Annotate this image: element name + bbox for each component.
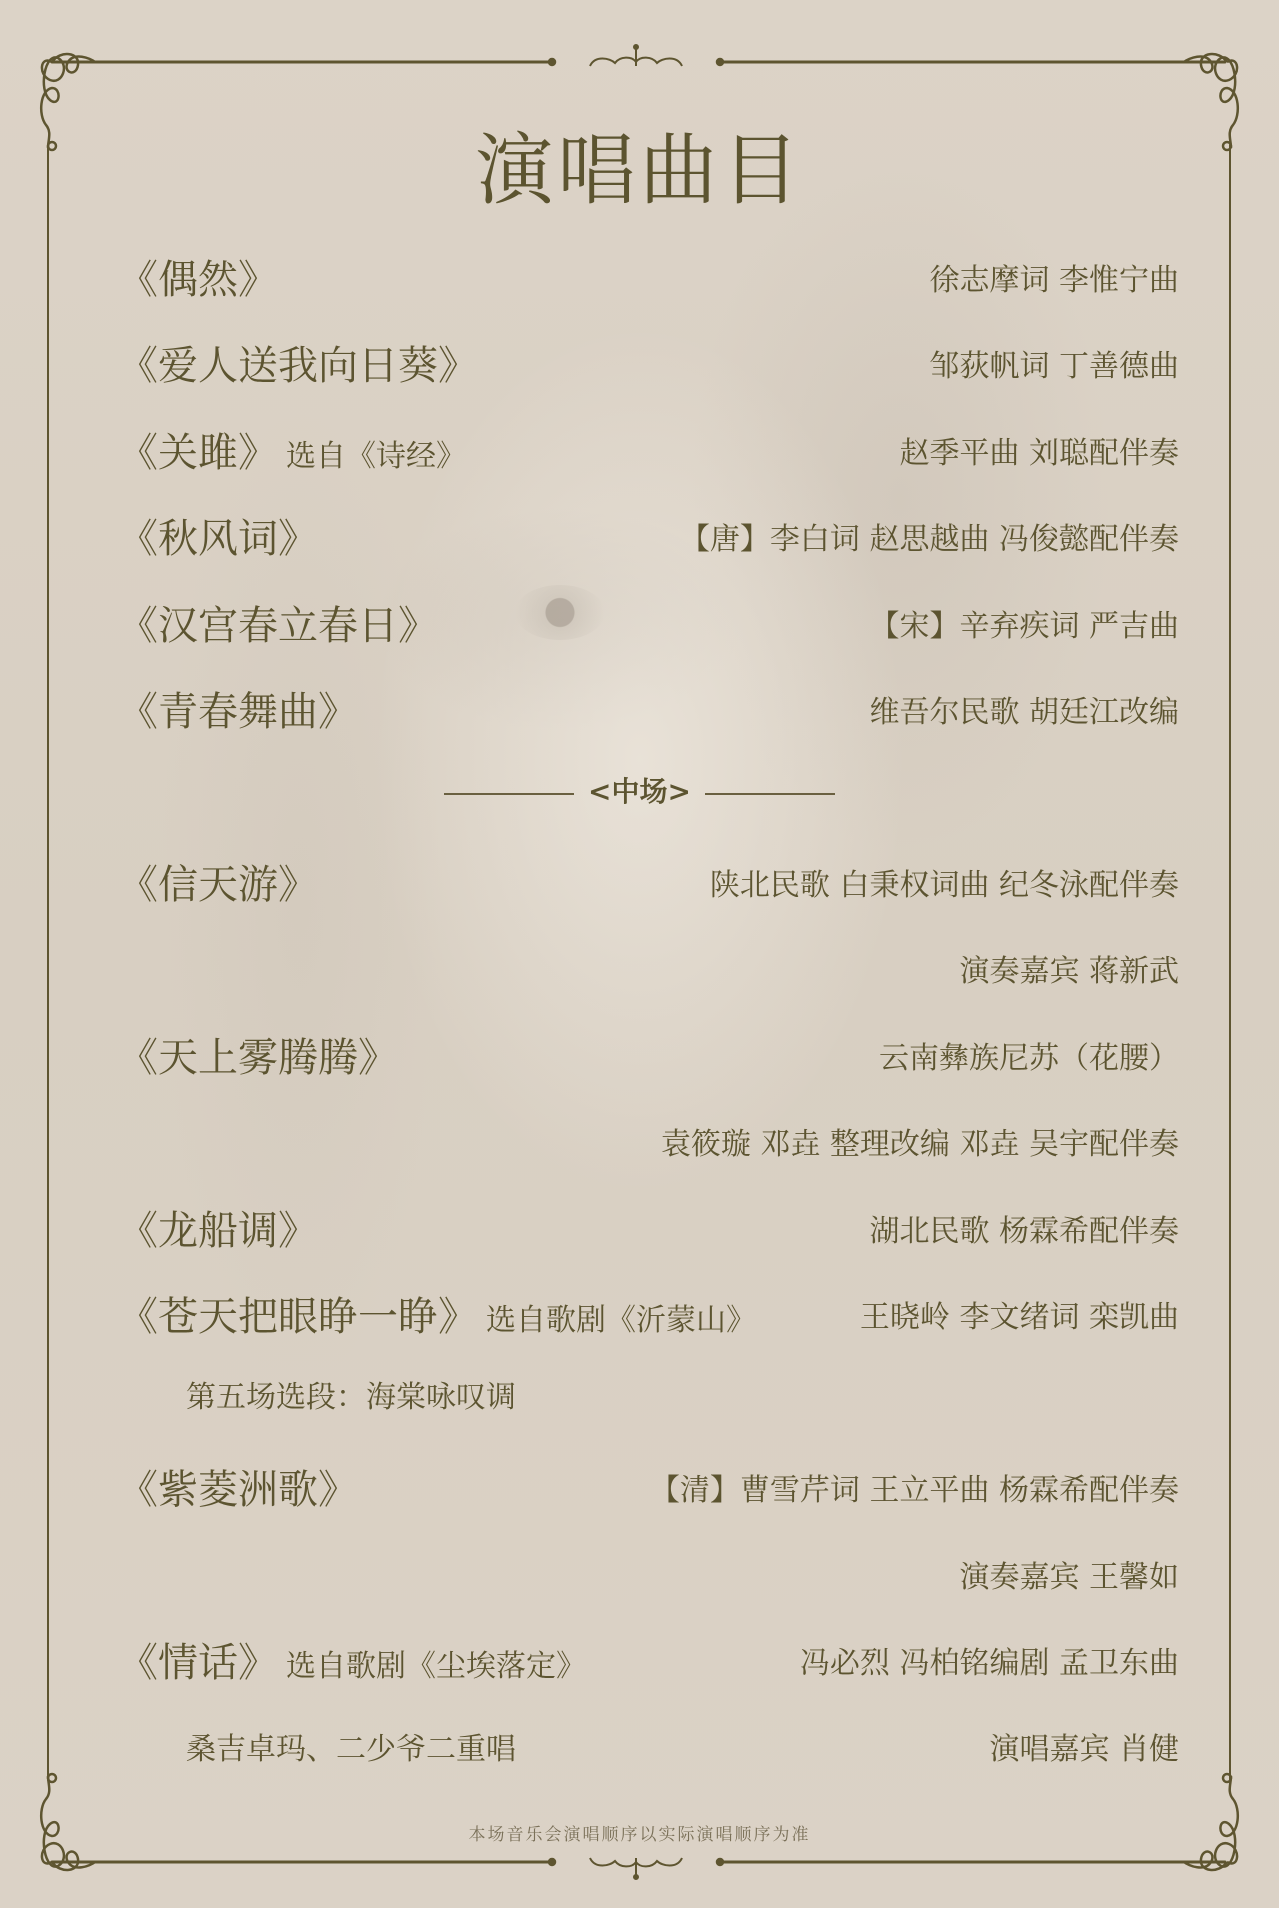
song-credit: 【宋】辛弃疾词 严吉曲 xyxy=(869,607,1179,647)
song-credit: 【清】曹雪芹词 王立平曲 杨霖希配伴奏 xyxy=(650,1471,1179,1511)
song-title: 《情话》选自歌剧《尘埃落定》 xyxy=(118,1638,586,1692)
song-title: 《紫菱洲歌》 xyxy=(118,1465,366,1519)
song-title: 《青春舞曲》 xyxy=(118,687,366,741)
center-ornament-bottom xyxy=(590,1858,682,1879)
program-subline: 演奏嘉宾 王馨如 xyxy=(118,1552,1179,1602)
program-item: 《秋风词》 【唐】李白词 赵思越曲 冯俊懿配伴奏 xyxy=(118,514,1179,564)
song-credit: 云南彝族尼苏（花腰） xyxy=(879,1039,1179,1079)
performer-credit: 演奏嘉宾 蒋新武 xyxy=(959,952,1179,992)
song-credit: 王晓岭 李文绪词 栾凯曲 xyxy=(860,1298,1179,1338)
song-title: 《龙船调》 xyxy=(118,1206,326,1260)
divider-line-left xyxy=(444,793,574,795)
song-credit: 赵季平曲 刘聪配伴奏 xyxy=(899,434,1179,474)
program-item: 《爱人送我向日葵》 邹荻帆词 丁善德曲 xyxy=(118,341,1179,391)
intermission-divider: <中场> xyxy=(0,770,1279,810)
song-credit: 冯必烈 冯柏铭编剧 孟卫东曲 xyxy=(800,1644,1179,1684)
guest-singer-credit: 演唱嘉宾 肖健 xyxy=(989,1730,1179,1770)
program-item: 《汉宫春立春日》 【宋】辛弃疾词 严吉曲 xyxy=(118,601,1179,651)
program-item: 《偶然》 徐志摩词 李惟宁曲 xyxy=(118,255,1179,305)
song-credit: 湖北民歌 杨霖希配伴奏 xyxy=(869,1212,1179,1252)
song-title: 《信天游》 xyxy=(118,860,326,914)
song-credit: 邹荻帆词 丁善德曲 xyxy=(929,347,1179,387)
program-item: 《关雎》选自《诗经》 赵季平曲 刘聪配伴奏 xyxy=(118,428,1179,478)
program-item: 《苍天把眼睁一睁》选自歌剧《沂蒙山》 王晓岭 李文绪词 栾凯曲 xyxy=(118,1292,1179,1342)
song-credit: 【唐】李白词 赵思越曲 冯俊懿配伴奏 xyxy=(680,520,1179,560)
program-subline: 第五场选段：海棠咏叹调 xyxy=(118,1372,1179,1422)
song-title: 《苍天把眼睁一睁》选自歌剧《沂蒙山》 xyxy=(118,1292,756,1346)
song-credit: 陕北民歌 白秉权词曲 纪冬泳配伴奏 xyxy=(710,866,1179,906)
song-title: 《汉宫春立春日》 xyxy=(118,601,446,655)
performer-credit: 演奏嘉宾 王馨如 xyxy=(959,1558,1179,1598)
program-item: 《青春舞曲》 维吾尔民歌 胡廷江改编 xyxy=(118,687,1179,737)
program-item: 《信天游》 陕北民歌 白秉权词曲 纪冬泳配伴奏 xyxy=(118,860,1179,910)
intermission-label: <中场> xyxy=(588,775,691,808)
program-item: 《龙船调》 湖北民歌 杨霖希配伴奏 xyxy=(118,1206,1179,1256)
program-subline: 袁筱璇 邓垚 整理改编 邓垚 吴宇配伴奏 xyxy=(118,1119,1179,1169)
center-ornament-top xyxy=(590,45,682,66)
duet-note: 桑吉卓玛、二少爷二重唱 xyxy=(186,1730,516,1770)
page-title: 演唱曲目 xyxy=(0,108,1279,220)
song-credit: 维吾尔民歌 胡廷江改编 xyxy=(869,693,1179,733)
footer-note: 本场音乐会演唱顺序以实际演唱顺序为准 xyxy=(0,1820,1279,1845)
song-title: 《爱人送我向日葵》 xyxy=(118,341,486,395)
excerpt-note: 第五场选段：海棠咏叹调 xyxy=(186,1378,516,1418)
song-title: 《偶然》 xyxy=(118,255,286,309)
song-credit: 徐志摩词 李惟宁曲 xyxy=(929,261,1179,301)
song-title: 《秋风词》 xyxy=(118,514,326,568)
program-subline: 桑吉卓玛、二少爷二重唱 演唱嘉宾 肖健 xyxy=(118,1724,1179,1774)
program-item: 《紫菱洲歌》 【清】曹雪芹词 王立平曲 杨霖希配伴奏 xyxy=(118,1465,1179,1515)
divider-line-right xyxy=(705,793,835,795)
arrangement-credit: 袁筱璇 邓垚 整理改编 邓垚 吴宇配伴奏 xyxy=(661,1125,1179,1165)
program-subline: 演奏嘉宾 蒋新武 xyxy=(118,946,1179,996)
program-item: 《天上雾腾腾》 云南彝族尼苏（花腰） xyxy=(118,1033,1179,1083)
song-title: 《天上雾腾腾》 xyxy=(118,1033,406,1087)
song-title: 《关雎》选自《诗经》 xyxy=(118,428,466,482)
program-item: 《情话》选自歌剧《尘埃落定》 冯必烈 冯柏铭编剧 孟卫东曲 xyxy=(118,1638,1179,1688)
